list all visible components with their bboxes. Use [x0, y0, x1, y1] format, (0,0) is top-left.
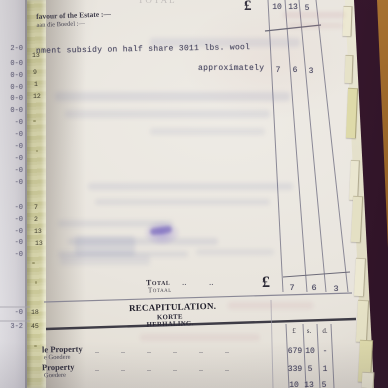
facing-page-amount: -0 — [0, 143, 23, 151]
leader-dots: .. .. .. .. .. .. — [95, 346, 229, 355]
facing-page-amount: -0 — [0, 251, 23, 259]
subsidy-shillings: 6 — [287, 66, 303, 75]
recap-row-pence: 1 — [318, 365, 332, 374]
recap-row-sublabel: e Goedere — [44, 354, 71, 361]
bleedthrough-text — [88, 183, 293, 190]
carried-pounds: 10 — [269, 3, 285, 12]
recap-row-shillings: 13 — [301, 381, 317, 388]
gutter-number: 1 — [34, 81, 38, 88]
recap-header-pounds: £ — [286, 327, 302, 335]
faint-handwriting — [60, 255, 150, 265]
facing-page-amount: 2-0 — [0, 45, 23, 53]
total-pounds: 7 — [284, 283, 300, 293]
facing-page-amount: 0-0 — [0, 95, 23, 103]
recap-header-pence: d. — [318, 327, 332, 335]
leader-dots: .. .. .. .. .. .. — [95, 364, 229, 373]
estate-heading: favour of the Estate :— aan die Boedel :… — [36, 9, 111, 29]
facing-page-amount: -0 — [0, 216, 23, 224]
facing-page-amount: 0-0 — [0, 107, 23, 115]
leader-dots: .. — [182, 277, 187, 287]
leader-dots: .. — [209, 277, 214, 287]
facing-page-amount: 0-0 — [0, 60, 23, 68]
recap-row-label: le Property — [42, 344, 83, 355]
gutter-number: 2 — [34, 216, 38, 223]
bleedthrough-text — [95, 199, 270, 205]
bleedthrough-text — [65, 110, 270, 118]
facing-page-amount: -0 — [0, 119, 23, 127]
gutter-number: 13 — [35, 240, 43, 247]
recap-row-sublabel: Goedere — [44, 372, 66, 379]
facing-page-amount: -0 — [0, 131, 23, 139]
bleedthrough-text — [55, 92, 290, 101]
bleedthrough-text — [288, 23, 343, 28]
pound-sign-total: £ — [262, 274, 270, 292]
photographed-ledger-page: TOTAL £ 10 13 5 favour of the Estate :— … — [0, 0, 388, 388]
facing-page-amount: -0 — [0, 155, 23, 163]
recap-row-shillings: 10 — [302, 347, 318, 356]
facing-page-amount: 0-0 — [0, 84, 23, 92]
recapitulation-subtitle: KORTE HERHALING. — [134, 313, 206, 329]
subsidy-pounds: 7 — [270, 66, 286, 75]
facing-page-amount: 3-2 — [0, 323, 23, 331]
facing-page-amount: -0 — [0, 309, 23, 317]
recap-row-pence: 5 — [317, 381, 331, 388]
cropped-total-word: TOTAL — [138, 0, 177, 5]
pound-sign-top: £ — [244, 0, 252, 15]
subsidy-pence: 3 — [303, 67, 319, 76]
facing-page-amount: 0-0 — [0, 72, 23, 80]
facing-page-amount: -0 — [0, 228, 23, 236]
facing-page-amount: -0 — [0, 204, 23, 212]
total-pence: 3 — [328, 284, 344, 294]
gutter-number: 9 — [33, 69, 37, 76]
gutter-number: 45 — [31, 323, 39, 330]
bleedthrough-text — [150, 128, 265, 135]
recap-row-label: Property — [42, 362, 75, 373]
recap-row-shillings: 5 — [302, 365, 318, 374]
gutter-number: 18 — [31, 309, 39, 316]
gutter-number: 13 — [34, 228, 42, 235]
facing-page-amount: -0 — [0, 167, 23, 175]
bleedthrough-text — [228, 302, 313, 309]
facing-page-amount: -0 — [0, 179, 23, 187]
subsidy-qualifier: approximately — [198, 64, 264, 73]
faint-handwriting — [75, 236, 135, 256]
gutter-number: 12 — [33, 93, 41, 100]
facing-page-amount: -0 — [0, 239, 23, 247]
recap-header-shillings: s. — [302, 327, 316, 335]
carried-pence: 5 — [299, 4, 315, 13]
total-label-af: Totaal — [148, 286, 172, 294]
total-shillings: 6 — [306, 283, 322, 293]
bleedthrough-text — [140, 334, 260, 341]
gutter-number: 7 — [34, 204, 38, 211]
gutter-number: 13 — [32, 52, 40, 59]
bleedthrough-text — [196, 249, 274, 255]
recap-row-pence: - — [318, 347, 332, 356]
